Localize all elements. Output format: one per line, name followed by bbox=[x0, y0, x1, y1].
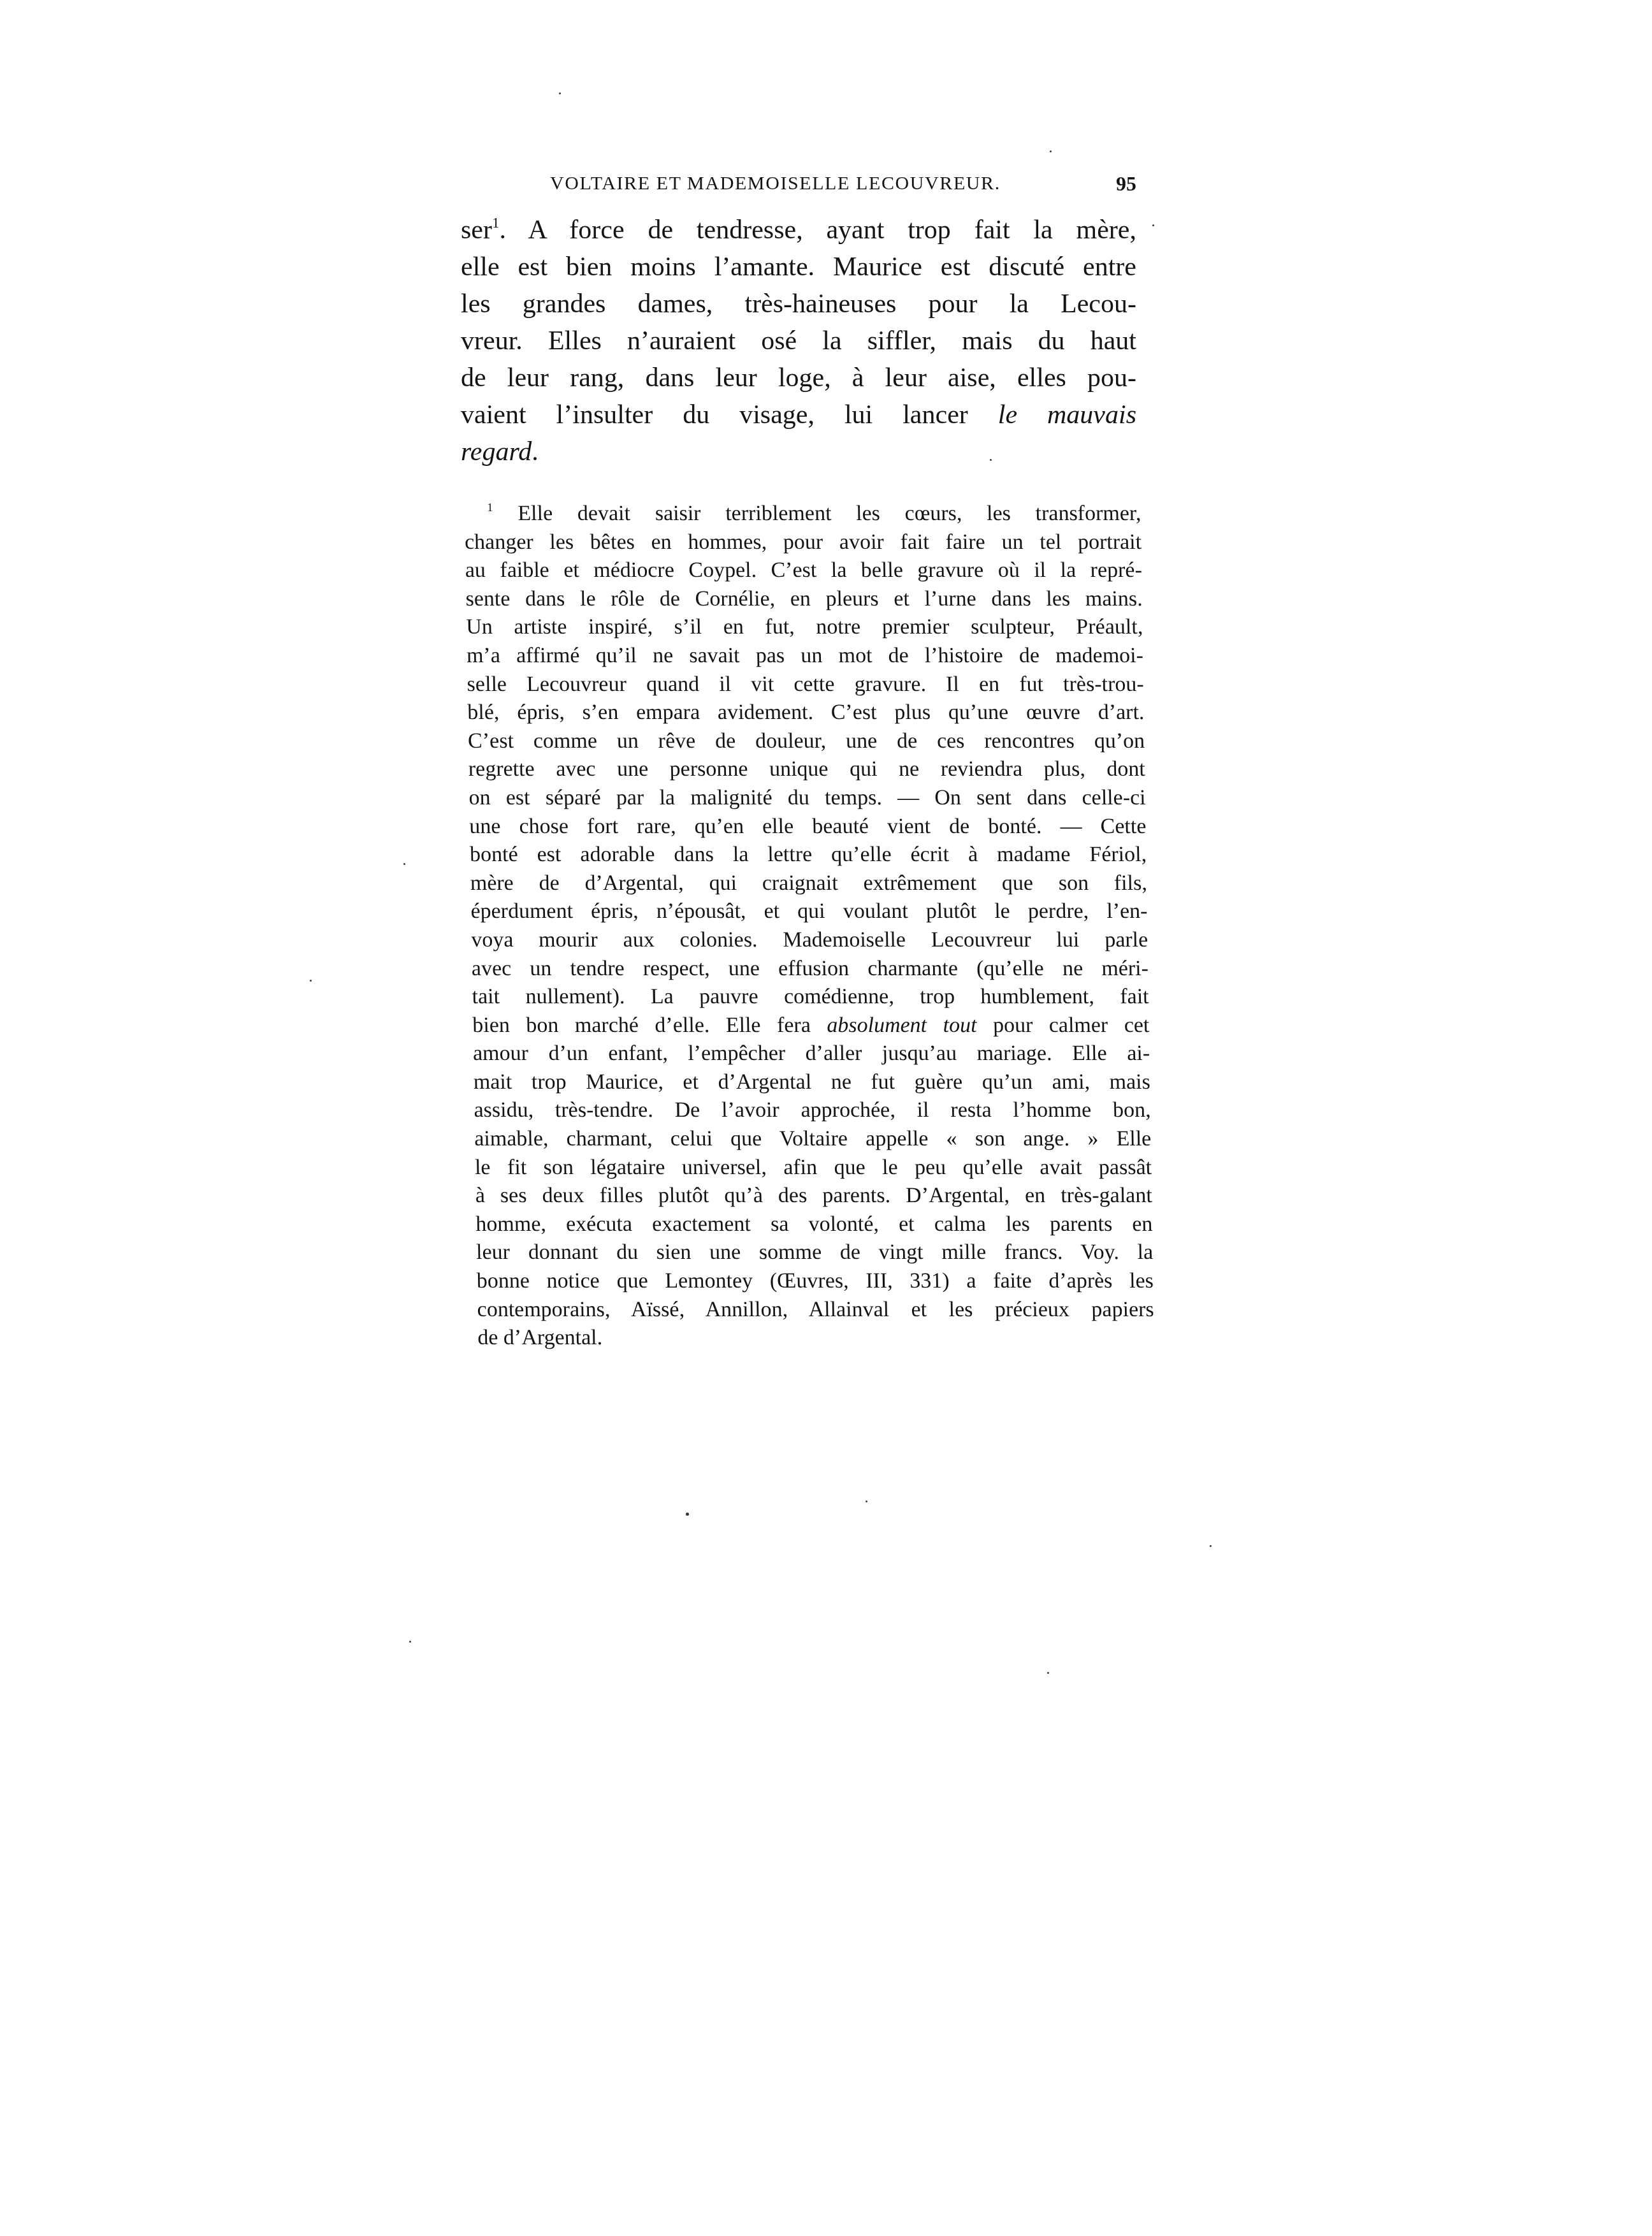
line-text: selle Lecouvreur quand il vit cette grav… bbox=[467, 672, 1144, 696]
footnote-line: avec un tendre respect, une effusion cha… bbox=[472, 955, 1149, 984]
line-text: avec un tendre respect, une effusion cha… bbox=[472, 957, 1149, 980]
footnote-line: selle Lecouvreur quand il vit cette grav… bbox=[467, 671, 1144, 699]
scan-speck bbox=[1047, 1672, 1049, 1674]
footnote-line: bien bon marché d’elle. Elle fera absolu… bbox=[472, 1012, 1150, 1040]
scan-speck bbox=[403, 863, 405, 865]
footnote-line: m’a affirmé qu’il ne savait pas un mot d… bbox=[467, 642, 1144, 671]
scan-speck bbox=[686, 1513, 689, 1516]
line-text: blé, épris, s’en empara avidement. C’est… bbox=[467, 701, 1145, 724]
running-title: VOLTAIRE ET MADEMOISELLE LECOUVREUR. bbox=[550, 171, 1001, 196]
line-text: on est séparé par la malignité du temps.… bbox=[468, 786, 1146, 809]
scan-speck bbox=[1152, 224, 1154, 226]
line-text: de d’Argental. bbox=[477, 1326, 602, 1349]
line-text: Elle devait saisir terriblement les cœur… bbox=[493, 502, 1141, 525]
line-text: sente dans le rôle de Cornélie, en pleur… bbox=[465, 587, 1143, 611]
line-text: regrette avec une personne unique qui ne… bbox=[468, 757, 1146, 781]
line-text: une chose fort rare, qu’en elle beauté v… bbox=[469, 815, 1147, 838]
scan-speck bbox=[1210, 1545, 1212, 1547]
line-text: pour calmer cet bbox=[976, 1013, 1149, 1037]
line-text: à ses deux filles plutôt qu’à des parent… bbox=[475, 1184, 1152, 1207]
footnote-line: au faible et médiocre Coypel. C’est la b… bbox=[465, 556, 1142, 585]
footnote-line: bonne notice que Lemontey (Œuvres, III, … bbox=[477, 1267, 1154, 1296]
line-text: le fit son légataire universel, afin que… bbox=[475, 1156, 1152, 1179]
main-text-line: regard. bbox=[461, 433, 1136, 470]
line-text: vaient l’insulter du visage, lui lancer bbox=[461, 400, 998, 430]
line-text: homme, exécuta exactement sa volonté, et… bbox=[475, 1212, 1153, 1236]
scan-speck bbox=[990, 459, 992, 461]
line-text: contemporains, Aïssé, Annillon, Allainva… bbox=[477, 1298, 1154, 1321]
footnote-line: Un artiste inspiré, s’il en fut, notre p… bbox=[466, 613, 1143, 642]
footnote-line: voya mourir aux colonies. Mademoiselle L… bbox=[471, 926, 1148, 955]
footnote-line: C’est comme un rêve de douleur, une de c… bbox=[468, 727, 1145, 756]
line-text: mère de d’Argental, qui craignait extrêm… bbox=[470, 871, 1147, 895]
footnote-line: assidu, très-tendre. De l’avoir approché… bbox=[474, 1096, 1151, 1125]
footnote-marker: 1 bbox=[492, 214, 500, 231]
book-page: VOLTAIRE ET MADEMOISELLE LECOUVREUR. 95 … bbox=[0, 0, 1652, 2236]
main-text-paragraph: ser1. A force de tendresse, ayant trop f… bbox=[461, 212, 1136, 470]
footnote-line: 1 Elle devait saisir terriblement les cœ… bbox=[464, 500, 1141, 528]
footnote-line: le fit son légataire universel, afin que… bbox=[475, 1154, 1152, 1182]
line-text: bonne notice que Lemontey (Œuvres, III, … bbox=[477, 1269, 1154, 1293]
footnote-line: mère de d’Argental, qui craignait extrêm… bbox=[470, 869, 1147, 898]
italic-text: absolument tout bbox=[827, 1013, 977, 1037]
scan-speck bbox=[1050, 150, 1052, 152]
line-text: . A force de tendresse, ayant trop fait … bbox=[500, 215, 1136, 245]
line-text: m’a affirmé qu’il ne savait pas un mot d… bbox=[467, 644, 1144, 667]
footnote-line: de d’Argental. bbox=[477, 1324, 1155, 1353]
line-text: mait trop Maurice, et d’Argental ne fut … bbox=[474, 1070, 1151, 1094]
main-text-line: vaient l’insulter du visage, lui lancer … bbox=[461, 396, 1136, 433]
footnote-line: bonté est adorable dans la lettre qu’ell… bbox=[470, 841, 1147, 869]
page-number: 95 bbox=[1116, 171, 1136, 196]
footnote-line: mait trop Maurice, et d’Argental ne fut … bbox=[473, 1068, 1150, 1097]
line-text: C’est comme un rêve de douleur, une de c… bbox=[468, 729, 1145, 753]
line-text: amour d’un enfant, l’empêcher d’aller ju… bbox=[473, 1042, 1150, 1065]
line-text: changer les bêtes en hommes, pour avoir … bbox=[465, 530, 1142, 554]
footnote: 1 Elle devait saisir terriblement les cœ… bbox=[464, 500, 1155, 1353]
main-text-line: ser1. A force de tendresse, ayant trop f… bbox=[461, 212, 1136, 249]
footnote-line: contemporains, Aïssé, Annillon, Allainva… bbox=[477, 1296, 1154, 1325]
line-text: . bbox=[532, 437, 539, 467]
footnote-line: une chose fort rare, qu’en elle beauté v… bbox=[469, 813, 1147, 841]
line-text: elle est bien moins l’amante. Maurice es… bbox=[461, 252, 1136, 282]
main-text-line: de leur rang, dans leur loge, à leur ais… bbox=[461, 359, 1136, 396]
scan-speck bbox=[559, 92, 561, 94]
line-text: les grandes dames, très-haineuses pour l… bbox=[461, 289, 1136, 319]
footnote-line: on est séparé par la malignité du temps.… bbox=[468, 784, 1146, 813]
line-text: voya mourir aux colonies. Mademoiselle L… bbox=[471, 928, 1148, 952]
line-text: au faible et médiocre Coypel. C’est la b… bbox=[465, 558, 1142, 582]
running-head: VOLTAIRE ET MADEMOISELLE LECOUVREUR. 95 bbox=[462, 171, 1136, 196]
line-text: de leur rang, dans leur loge, à leur ais… bbox=[461, 363, 1136, 393]
main-text-line: les grandes dames, très-haineuses pour l… bbox=[461, 286, 1136, 323]
line-text: aimable, charmant, celui que Voltaire ap… bbox=[474, 1127, 1152, 1151]
footnote-line: éperdument épris, n’épousât, et qui voul… bbox=[470, 897, 1148, 926]
scan-speck bbox=[866, 1500, 867, 1502]
line-text: vreur. Elles n’auraient osé la siffler, … bbox=[461, 326, 1136, 356]
line-text: bonté est adorable dans la lettre qu’ell… bbox=[470, 843, 1147, 866]
footnote-line: amour d’un enfant, l’empêcher d’aller ju… bbox=[473, 1040, 1150, 1068]
footnote-line: à ses deux filles plutôt qu’à des parent… bbox=[475, 1182, 1152, 1210]
line-text: ser bbox=[461, 215, 492, 245]
line-text: éperdument épris, n’épousât, et qui voul… bbox=[470, 899, 1148, 923]
line-text: leur donnant du sien une somme de vingt … bbox=[476, 1240, 1154, 1264]
main-text-line: vreur. Elles n’auraient osé la siffler, … bbox=[461, 323, 1136, 359]
line-text: bien bon marché d’elle. Elle fera bbox=[472, 1013, 827, 1037]
line-text: tait nullement). La pauvre comédienne, t… bbox=[472, 985, 1149, 1008]
footnote-line: sente dans le rôle de Cornélie, en pleur… bbox=[465, 585, 1143, 614]
italic-text: regard bbox=[461, 437, 532, 467]
footnote-line: blé, épris, s’en empara avidement. C’est… bbox=[467, 699, 1145, 727]
footnote-line: aimable, charmant, celui que Voltaire ap… bbox=[474, 1125, 1152, 1154]
footnote-line: tait nullement). La pauvre comédienne, t… bbox=[472, 983, 1149, 1012]
italic-text: le mauvais bbox=[998, 400, 1136, 430]
footnote-line: homme, exécuta exactement sa volonté, et… bbox=[475, 1210, 1153, 1239]
scan-speck bbox=[409, 1641, 411, 1643]
line-text: assidu, très-tendre. De l’avoir approché… bbox=[474, 1098, 1151, 1122]
footnote-line: changer les bêtes en hommes, pour avoir … bbox=[465, 528, 1142, 557]
scan-speck bbox=[310, 980, 312, 982]
footnote-line: leur donnant du sien une somme de vingt … bbox=[476, 1238, 1154, 1267]
main-text-line: elle est bien moins l’amante. Maurice es… bbox=[461, 249, 1136, 286]
footnote-line: regrette avec une personne unique qui ne… bbox=[468, 755, 1146, 784]
line-text: Un artiste inspiré, s’il en fut, notre p… bbox=[466, 615, 1143, 639]
